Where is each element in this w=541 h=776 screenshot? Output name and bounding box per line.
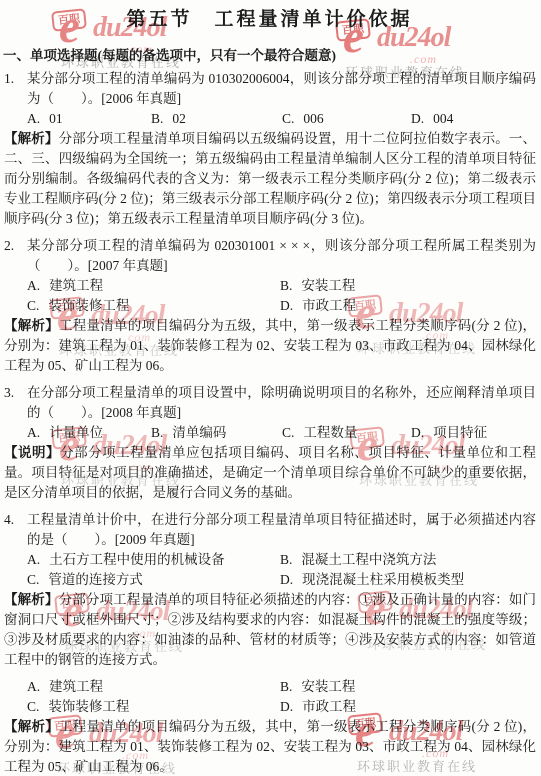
option-a: A.计量单位 <box>27 423 151 443</box>
explanation: 【解析】工程量清单的项目编码分为五级，其中，第一级表示工程分类顺序码(分 2 位… <box>3 316 536 376</box>
question-4: 4. 工程量清单计价中，在进行分部分项工程量清单项目特征描述时，属于必须描述内容… <box>3 510 536 670</box>
option-d: D.项目特征 <box>411 423 536 443</box>
option-text: 市政工程 <box>302 699 356 714</box>
option-text: 安装工程 <box>301 679 355 694</box>
section-heading: 一、单项选择题(每题的备选项中，只有一个最符合题意) <box>3 46 536 66</box>
option-text: 建筑工程 <box>49 278 103 293</box>
option-c: C.管道的连接方式 <box>27 570 280 590</box>
option-a: A.建筑工程 <box>27 276 280 296</box>
question-stem-text: 某分部分项工程的清单编码为 020301001 × × ×，则该分部分项工程所属… <box>27 238 536 273</box>
option-label: C. <box>282 111 294 126</box>
options: A.计量单位 B.清单编码 C.工程数量 D.项目特征 <box>3 423 536 443</box>
explanation-text: 工程量清单的项目编码分为五级，其中，第一级表示工程分类顺序码(分 2 位)，分别… <box>4 318 536 373</box>
option-text: 02 <box>172 111 186 126</box>
explanation-tag: 【解析】 <box>4 131 59 146</box>
question-stem: 2. 某分部分项工程的清单编码为 020301001 × × ×，则该分部分项工… <box>3 236 536 276</box>
explanation: 【说明】分部分项工程量清单应包括项目编码、项目名称、项目特征、计量单位和工程量。… <box>3 443 536 503</box>
option-text: 清单编码 <box>172 425 226 440</box>
option-label: B. <box>280 278 292 293</box>
option-d: D.现浇混凝土柱采用模板类型 <box>280 570 536 590</box>
option-label: B. <box>151 425 163 440</box>
option-text: 装饰装修工程 <box>48 298 129 313</box>
option-d: D.市政工程 <box>280 296 536 316</box>
option-label: A. <box>27 425 40 440</box>
option-b: B.安装工程 <box>280 276 536 296</box>
option-text: 004 <box>433 111 453 126</box>
option-text: 安装工程 <box>301 278 355 293</box>
option-text: 006 <box>303 111 323 126</box>
explanation-tag: 【解析】 <box>4 592 59 607</box>
question-number: 3. <box>4 383 14 403</box>
question-stem-text: 某分部分项工程的清单编码为 010302006004，则该分部分项工程的清单项目… <box>27 71 536 106</box>
question-stem: 1. 某分部分项工程的清单编码为 010302006004，则该分部分项工程的清… <box>3 69 536 109</box>
options: A.建筑工程 B.安装工程 C.装饰装修工程 D.市政工程 <box>3 276 536 316</box>
question-number: 4. <box>4 510 14 530</box>
option-label: A. <box>27 552 40 567</box>
option-d: D.004 <box>411 109 536 129</box>
option-label: A. <box>27 679 40 694</box>
question-1: 1. 某分部分项工程的清单编码为 010302006004，则该分部分项工程的清… <box>3 69 536 229</box>
option-text: 管道的连接方式 <box>48 572 143 587</box>
option-label: D. <box>280 699 293 714</box>
option-label: D. <box>411 425 424 440</box>
question-number: 1. <box>4 69 14 89</box>
option-a: A.01 <box>27 109 151 129</box>
options: A.建筑工程 B.安装工程 C.装饰装修工程 D.市政工程 <box>3 677 536 717</box>
option-text: 工程数量 <box>303 425 357 440</box>
explanation-text: 工程量清单的项目编码分为五级，其中，第一级表示工程分类顺序码(分 2 位)，分别… <box>4 719 536 774</box>
option-text: 项目特征 <box>433 425 487 440</box>
option-label: C. <box>27 298 39 313</box>
option-a: A.土石方工程中使用的机械设备 <box>27 550 280 570</box>
option-b: B.安装工程 <box>280 677 536 697</box>
page-title: 第五节 工程量清单计价依据 <box>3 8 536 32</box>
question-stem-text: 在分部分项工程量清单的项目设置中，除明确说明项目的名称外，还应阐释清单项目的（ … <box>27 385 536 420</box>
explanation-tag: 【解析】 <box>4 318 59 333</box>
option-label: D. <box>280 298 293 313</box>
option-b: B.02 <box>151 109 282 129</box>
options: A.土石方工程中使用的机械设备 B.混凝土工程中浇筑方法 C.管道的连接方式 D… <box>3 550 536 590</box>
page-content: 第五节 工程量清单计价依据 一、单项选择题(每题的备选项中，只有一个最符合题意)… <box>0 0 541 776</box>
explanation: 【解析】分部分项工程量清单项目编码以五级编码设置，用十二位阿拉伯数字表示。一、二… <box>3 129 536 229</box>
option-label: B. <box>151 111 163 126</box>
explanation-text: 分部分项工程量清单项目编码以五级编码设置，用十二位阿拉伯数字表示。一、二、三、四… <box>4 131 536 226</box>
option-b: B.清单编码 <box>151 423 282 443</box>
option-c: C.装饰装修工程 <box>27 296 280 316</box>
question-stem-text: 工程量清单计价中，在进行分部分项工程量清单项目特征描述时，属于必须描述内容的是（… <box>27 512 536 547</box>
explanation-tag: 【解析】 <box>4 719 59 734</box>
option-text: 混凝土工程中浇筑方法 <box>301 552 436 567</box>
option-label: C. <box>27 572 39 587</box>
option-c: C.装饰装修工程 <box>27 697 280 717</box>
question-stem: 4. 工程量清单计价中，在进行分部分项工程量清单项目特征描述时，属于必须描述内容… <box>3 510 536 550</box>
option-text: 计量单位 <box>49 425 103 440</box>
option-text: 土石方工程中使用的机械设备 <box>49 552 225 567</box>
question-stem: 3. 在分部分项工程量清单的项目设置中，除明确说明项目的名称外，还应阐释清单项目… <box>3 383 536 423</box>
option-label: B. <box>280 552 292 567</box>
option-label: D. <box>280 572 293 587</box>
explanation: 【解析】分部分项工程量清单的项目特征必须描述的内容：①涉及正确计量的内容：如门窗… <box>3 590 536 670</box>
question-number: 2. <box>4 236 14 256</box>
explanation-text: 分部分项工程量清单的项目特征必须描述的内容：①涉及正确计量的内容：如门窗洞口尺寸… <box>4 592 536 667</box>
option-text: 建筑工程 <box>49 679 103 694</box>
scanned-exam-page: { "page": { "title": "第五节 工程量清单计价依据", "s… <box>0 0 541 776</box>
question-2: 2. 某分部分项工程的清单编码为 020301001 × × ×，则该分部分项工… <box>3 236 536 376</box>
option-label: C. <box>282 425 294 440</box>
explanation-tag: 【说明】 <box>4 445 60 460</box>
option-label: A. <box>27 278 40 293</box>
option-label: B. <box>280 679 292 694</box>
option-b: B.混凝土工程中浇筑方法 <box>280 550 536 570</box>
option-label: D. <box>411 111 424 126</box>
explanation: 【解析】工程量清单的项目编码分为五级，其中，第一级表示工程分类顺序码(分 2 位… <box>3 717 536 776</box>
option-label: A. <box>27 111 40 126</box>
option-text: 装饰装修工程 <box>48 699 129 714</box>
option-d: D.市政工程 <box>280 697 536 717</box>
question-5-options-block: A.建筑工程 B.安装工程 C.装饰装修工程 D.市政工程 【解析】工程量清单的… <box>3 677 536 776</box>
option-text: 01 <box>49 111 63 126</box>
options: A.01 B.02 C.006 D.004 <box>3 109 536 129</box>
option-label: C. <box>27 699 39 714</box>
option-c: C.工程数量 <box>282 423 411 443</box>
question-3: 3. 在分部分项工程量清单的项目设置中，除明确说明项目的名称外，还应阐释清单项目… <box>3 383 536 503</box>
option-text: 市政工程 <box>302 298 356 313</box>
explanation-text: 分部分项工程量清单应包括项目编码、项目名称、项目特征、计量单位和工程量。项目特征… <box>4 445 536 500</box>
option-text: 现浇混凝土柱采用模板类型 <box>302 572 464 587</box>
option-a: A.建筑工程 <box>27 677 280 697</box>
option-c: C.006 <box>282 109 411 129</box>
